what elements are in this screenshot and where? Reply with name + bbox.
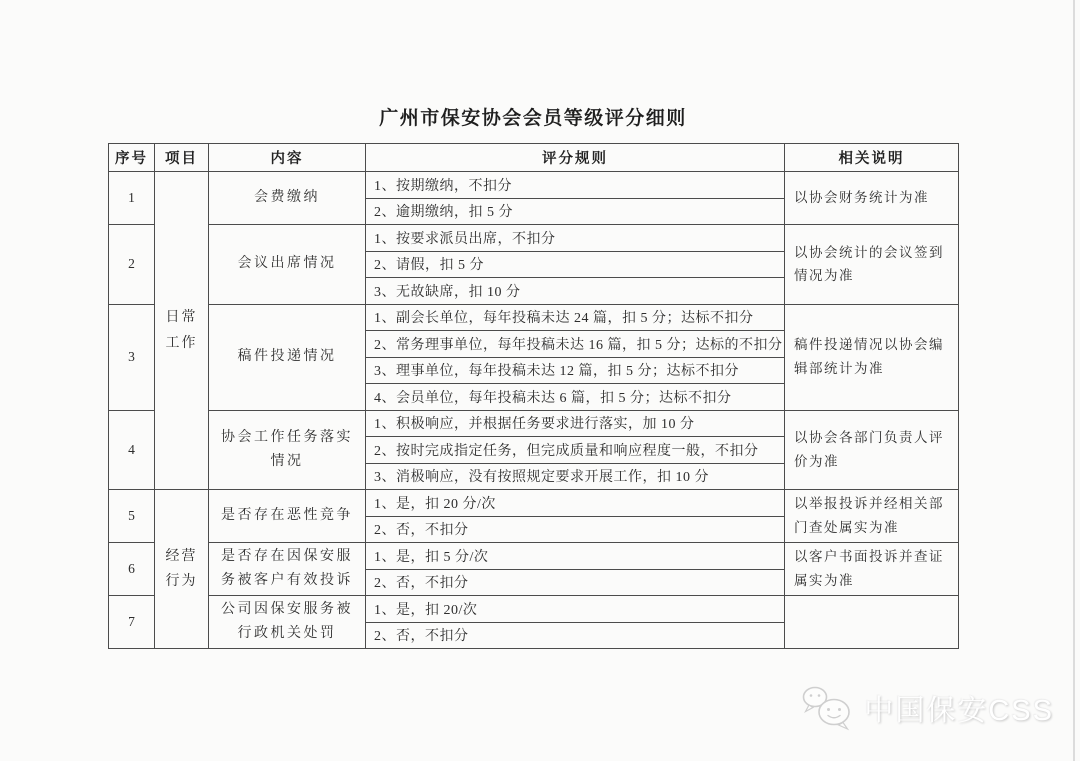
seq-cell: 5 — [109, 490, 155, 543]
note-cell: 以协会统计的会议签到情况为准 — [785, 225, 959, 305]
rule-cell: 3、消极响应，没有按照规定要求开展工作，扣 10 分 — [366, 463, 785, 490]
column-header-seq: 序号 — [109, 144, 155, 172]
rule-cell: 1、是，扣 20/次 — [366, 596, 785, 623]
note-cell: 稿件投递情况以协会编辑部统计为准 — [785, 304, 959, 410]
note-cell: 以客户书面投诉并查证属实为准 — [785, 543, 959, 596]
rule-cell: 2、请假，扣 5 分 — [366, 251, 785, 278]
note-cell: 以协会各部门负责人评价为准 — [785, 410, 959, 490]
rule-cell: 4、会员单位，每年投稿未达 6 篇，扣 5 分；达标不扣分 — [366, 384, 785, 411]
rule-cell: 2、按时完成指定任务，但完成质量和响应程度一般，不扣分 — [366, 437, 785, 464]
project-cell-daily-work: 日常工作 — [155, 172, 209, 490]
content-cell: 公司因保安服务被行政机关处罚 — [209, 596, 366, 649]
project-cell-business-conduct: 经营行为 — [155, 490, 209, 649]
seq-cell: 6 — [109, 543, 155, 596]
rule-cell: 2、否，不扣分 — [366, 516, 785, 543]
content-cell: 会议出席情况 — [209, 225, 366, 305]
rule-cell: 2、否，不扣分 — [366, 569, 785, 596]
rule-cell: 3、理事单位，每年投稿未达 12 篇，扣 5 分；达标不扣分 — [366, 357, 785, 384]
content-cell: 会费缴纳 — [209, 172, 366, 225]
content-cell: 稿件投递情况 — [209, 304, 366, 410]
content-cell: 协会工作任务落实情况 — [209, 410, 366, 490]
column-header-notes: 相关说明 — [785, 144, 959, 172]
column-header-content: 内容 — [209, 144, 366, 172]
rule-cell: 1、是，扣 5 分/次 — [366, 543, 785, 570]
rule-cell: 1、积极响应，并根据任务要求进行落实，加 10 分 — [366, 410, 785, 437]
content-cell: 是否存在因保安服务被客户有效投诉 — [209, 543, 366, 596]
scoring-table: 序号 项目 内容 评分规则 相关说明 1 日常工作 会费缴纳 1、按期缴纳，不扣… — [108, 143, 959, 649]
watermark-text: 中国保安CSS — [864, 688, 1054, 729]
column-header-project: 项目 — [155, 144, 209, 172]
rule-cell: 1、副会长单位，每年投稿未达 24 篇，扣 5 分；达标不扣分 — [366, 304, 785, 331]
seq-cell: 3 — [109, 304, 155, 410]
photo-edge — [1073, 0, 1075, 761]
column-header-rules: 评分规则 — [366, 144, 785, 172]
table-row: 7 公司因保安服务被行政机关处罚 1、是，扣 20/次 — [109, 596, 959, 623]
seq-cell: 7 — [109, 596, 155, 649]
table-row: 2 会议出席情况 1、按要求派员出席，不扣分 以协会统计的会议签到情况为准 — [109, 225, 959, 252]
table-header-row: 序号 项目 内容 评分规则 相关说明 — [109, 144, 959, 172]
content-cell: 是否存在恶性竞争 — [209, 490, 366, 543]
rule-cell: 2、否，不扣分 — [366, 622, 785, 649]
table-row: 3 稿件投递情况 1、副会长单位，每年投稿未达 24 篇，扣 5 分；达标不扣分… — [109, 304, 959, 331]
table-row: 1 日常工作 会费缴纳 1、按期缴纳，不扣分 以协会财务统计为准 — [109, 172, 959, 199]
table-row: 5 经营行为 是否存在恶性竞争 1、是，扣 20 分/次 以举报投诉并经相关部门… — [109, 490, 959, 517]
rule-cell: 1、按期缴纳，不扣分 — [366, 172, 785, 199]
rule-cell: 2、常务理事单位，每年投稿未达 16 篇，扣 5 分；达标的不扣分 — [366, 331, 785, 358]
wechat-icon — [800, 684, 856, 732]
seq-cell: 4 — [109, 410, 155, 490]
rule-cell: 3、无故缺席，扣 10 分 — [366, 278, 785, 305]
table-row: 6 是否存在因保安服务被客户有效投诉 1、是，扣 5 分/次 以客户书面投诉并查… — [109, 543, 959, 570]
rule-cell: 1、是，扣 20 分/次 — [366, 490, 785, 517]
watermark: 中国保安CSS — [800, 684, 1054, 732]
document-title: 广州市保安协会会员等级评分细则 — [108, 103, 958, 130]
note-cell — [785, 596, 959, 649]
table-row: 4 协会工作任务落实情况 1、积极响应，并根据任务要求进行落实，加 10 分 以… — [109, 410, 959, 437]
note-cell: 以举报投诉并经相关部门查处属实为准 — [785, 490, 959, 543]
seq-cell: 1 — [109, 172, 155, 225]
rule-cell: 2、逾期缴纳，扣 5 分 — [366, 198, 785, 225]
seq-cell: 2 — [109, 225, 155, 305]
note-cell: 以协会财务统计为准 — [785, 172, 959, 225]
rule-cell: 1、按要求派员出席，不扣分 — [366, 225, 785, 252]
